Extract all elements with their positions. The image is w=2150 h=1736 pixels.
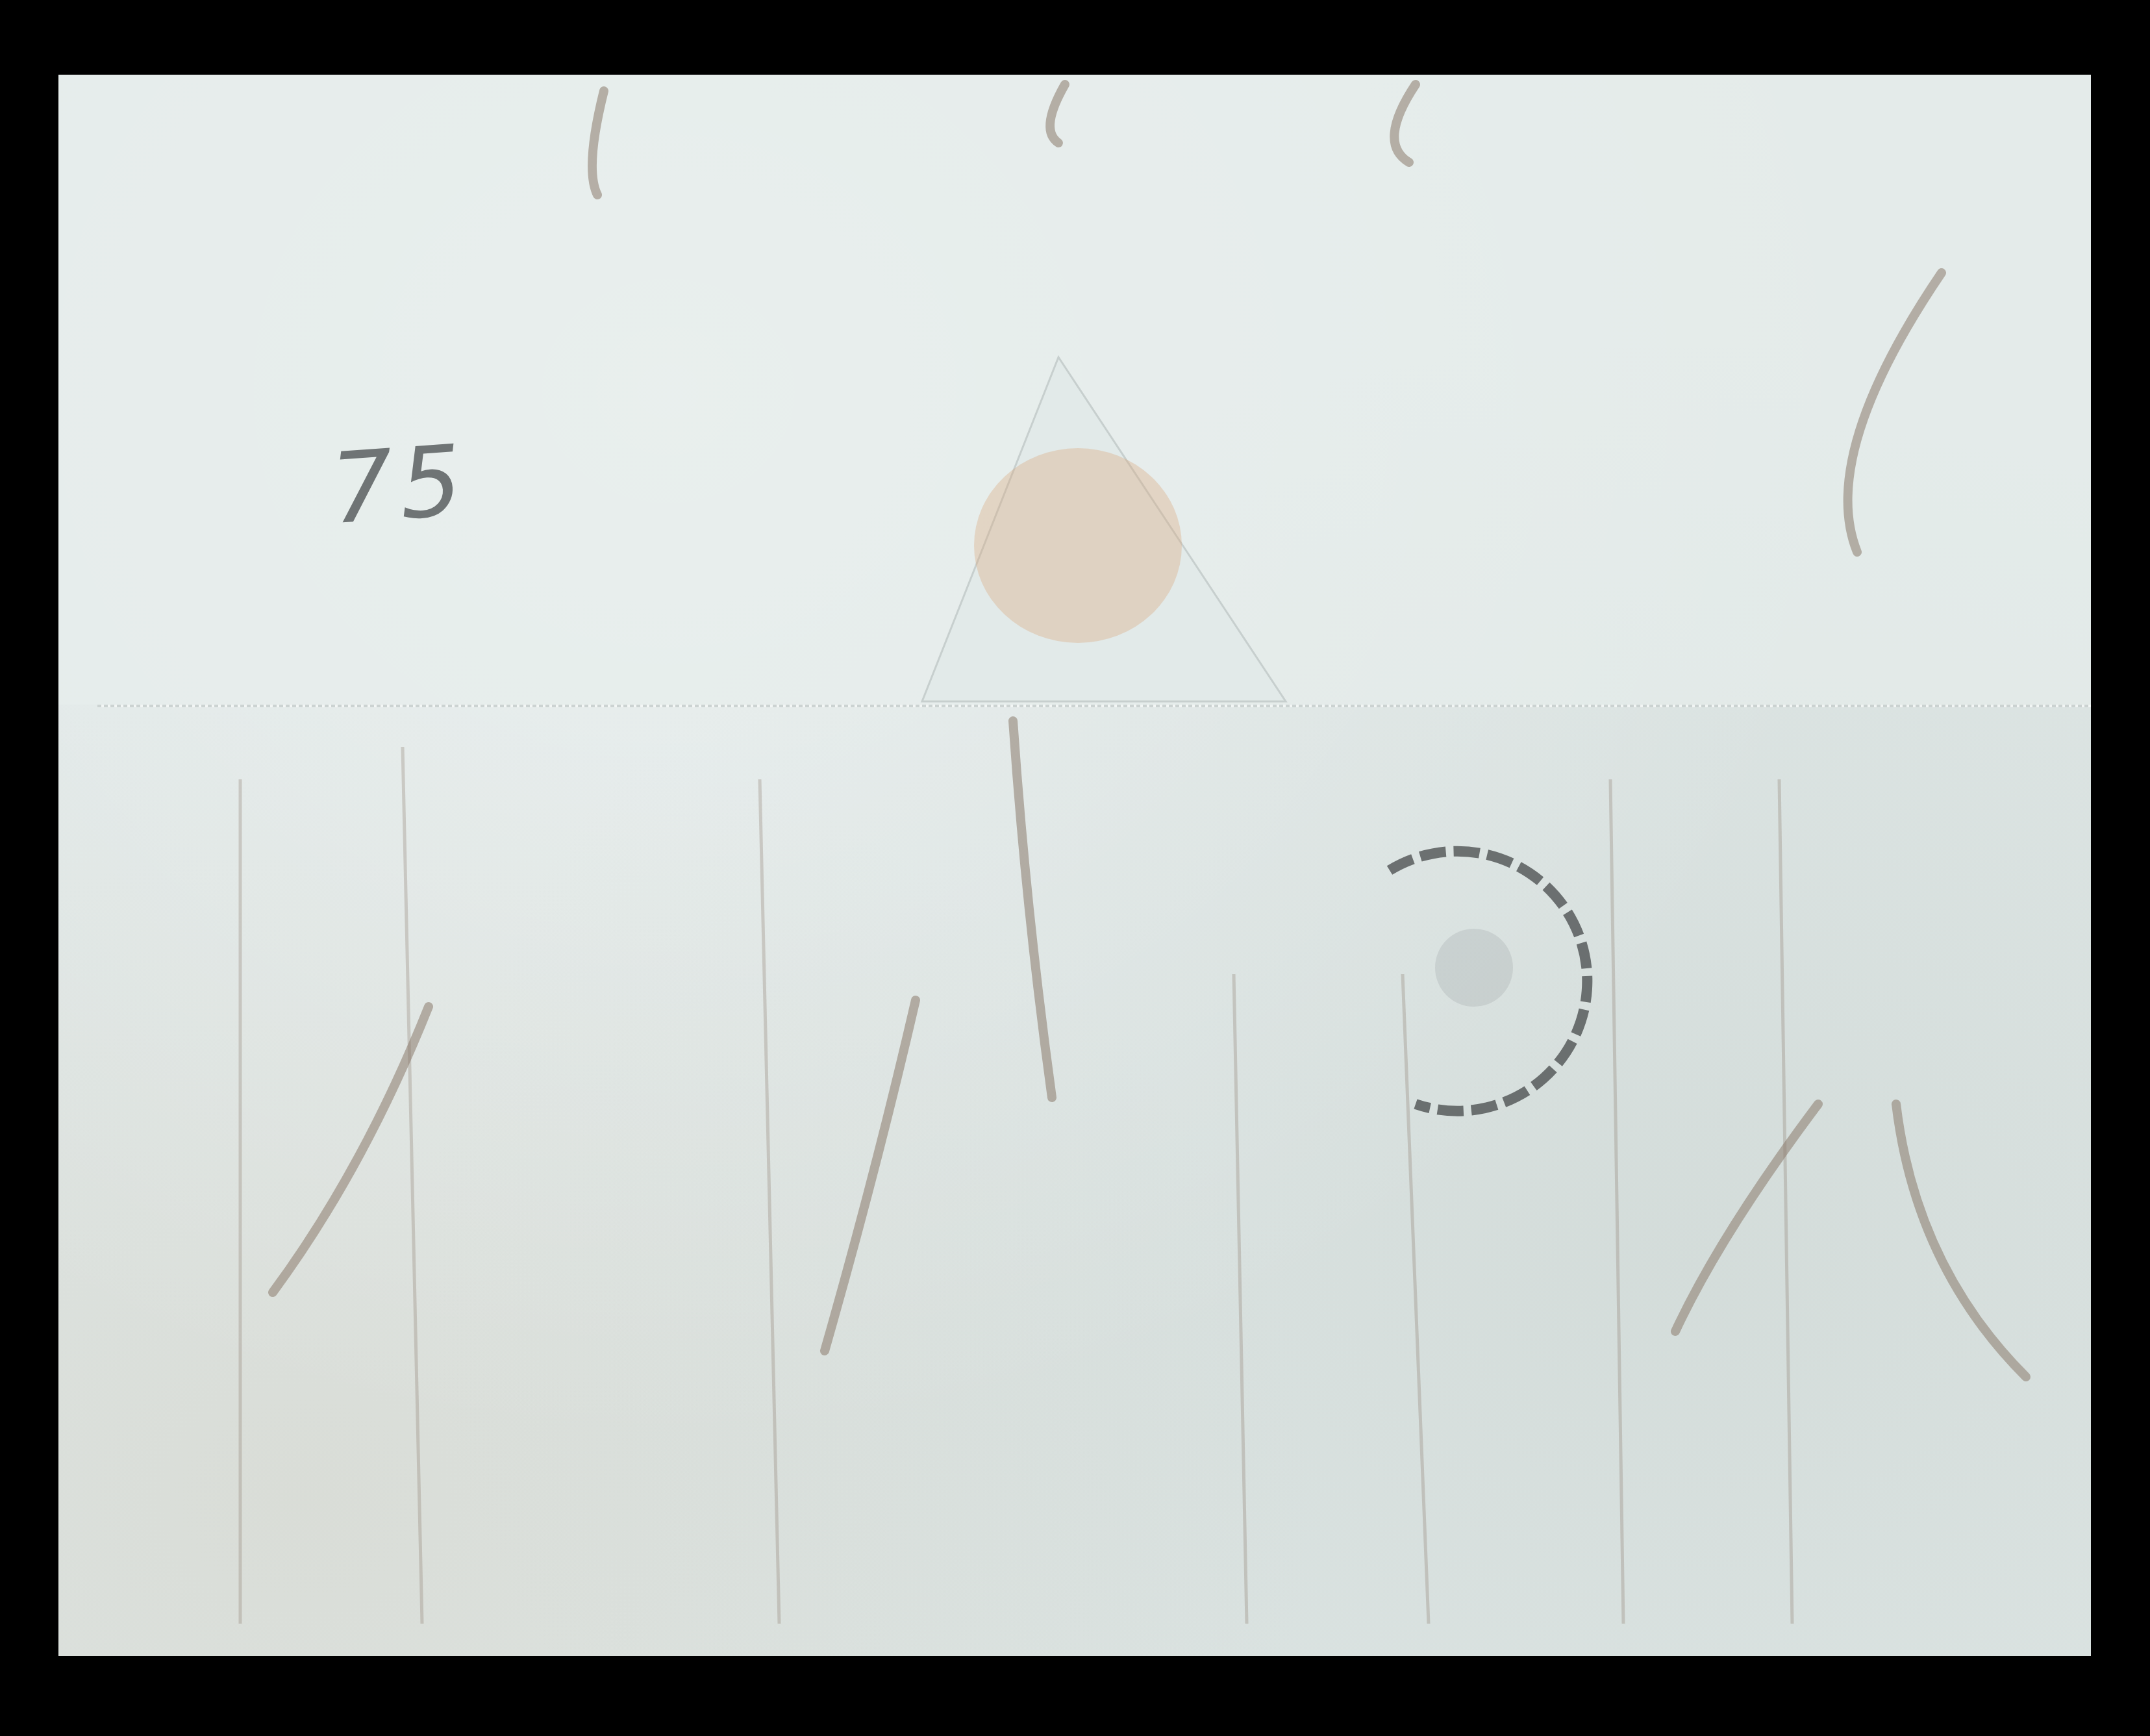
postmark bbox=[1312, 805, 1636, 1130]
seal-residue bbox=[896, 305, 1299, 708]
pencil-number: 75 bbox=[327, 424, 471, 546]
showthrough-script bbox=[0, 0, 2150, 1736]
